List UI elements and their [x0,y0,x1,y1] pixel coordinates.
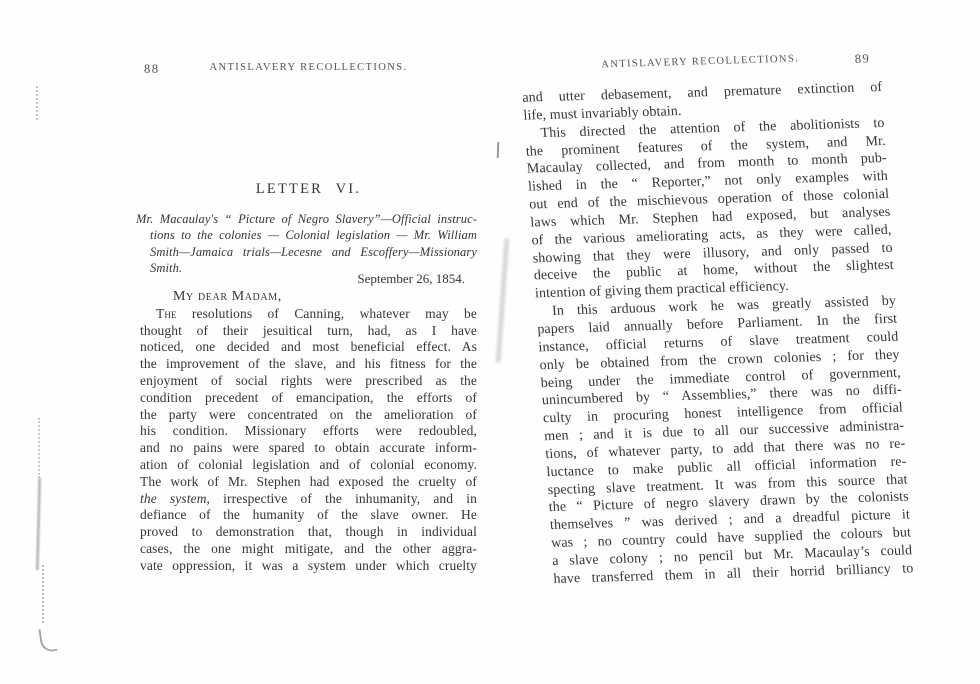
binding-edge-streak [36,478,41,570]
letter-heading: LETTER VI. [140,181,477,198]
text-line: Mr. Macaulay's “ Picture of Negro Slaver… [136,211,477,227]
letter-summary: Mr. Macaulay's “ Picture of Negro Slaver… [140,211,477,276]
left-running-header: 88 ANTISLAVERY RECOLLECTIONS. [140,62,477,78]
text-line: the party were concentrated on the ameli… [140,407,477,424]
right-running-header: ANTISLAVERY RECOLLECTIONS. 89 [520,51,881,78]
text-line: the system, irrespective of the inhumani… [140,491,477,508]
text-line: The work of Mr. Stephen had exposed the … [140,474,477,491]
right-page-number: 89 [854,51,870,66]
text-line: the improvement of the slave, and his fi… [140,356,477,373]
right-body-text: and utter debasement, and premature exti… [522,79,914,589]
text-line: and no pains were spared to obtain accur… [140,440,477,457]
text-line: proved to demonstration that, though in … [140,524,477,541]
left-body-text: My dear Madam,The resolutions of Canning… [140,289,477,575]
letter-date: September 26, 1854. [140,271,465,287]
right-page: ANTISLAVERY RECOLLECTIONS. 89 and utter … [520,51,916,621]
left-page-number: 88 [144,62,160,77]
text-line: his condition. Missionary efforts were r… [140,423,477,440]
text-line: thought of their jesuitical turn, had, a… [140,323,477,340]
text-line: vate oppression, it was a system under w… [140,558,477,575]
binding-edge-marks-bottom [42,565,44,623]
text-line: The resolutions of Canning, whatever may… [140,306,477,323]
text-line: noticed, one decided and most beneficial… [140,339,477,356]
binding-edge-marks-top [36,86,38,120]
text-line: cases, the one might mitigate, and the o… [140,541,477,558]
right-running-title: ANTISLAVERY RECOLLECTIONS. [601,53,800,70]
binding-edge-marks-middle [38,418,40,478]
text-line: defiance of the humanity of the slave ow… [140,507,477,524]
binding-corner-mark [38,627,57,653]
gutter-smudge [496,238,510,363]
text-line: enjoyment of social rights were prescrib… [140,373,477,390]
text-line: tions to the colonies — Colonial legisla… [150,227,477,243]
text-line: Smith—Jamaica trials—Lecesne and Escoffe… [150,244,477,260]
left-running-title: ANTISLAVERY RECOLLECTIONS. [210,62,408,73]
text-line: ation of colonial legislation and of col… [140,457,477,474]
text-line: condition precedent of emancipation, the… [140,390,477,407]
gutter-tick-mark [497,142,500,158]
text-line: My dear Madam, [173,289,477,306]
left-page: 88 ANTISLAVERY RECOLLECTIONS. LETTER VI.… [140,62,477,622]
